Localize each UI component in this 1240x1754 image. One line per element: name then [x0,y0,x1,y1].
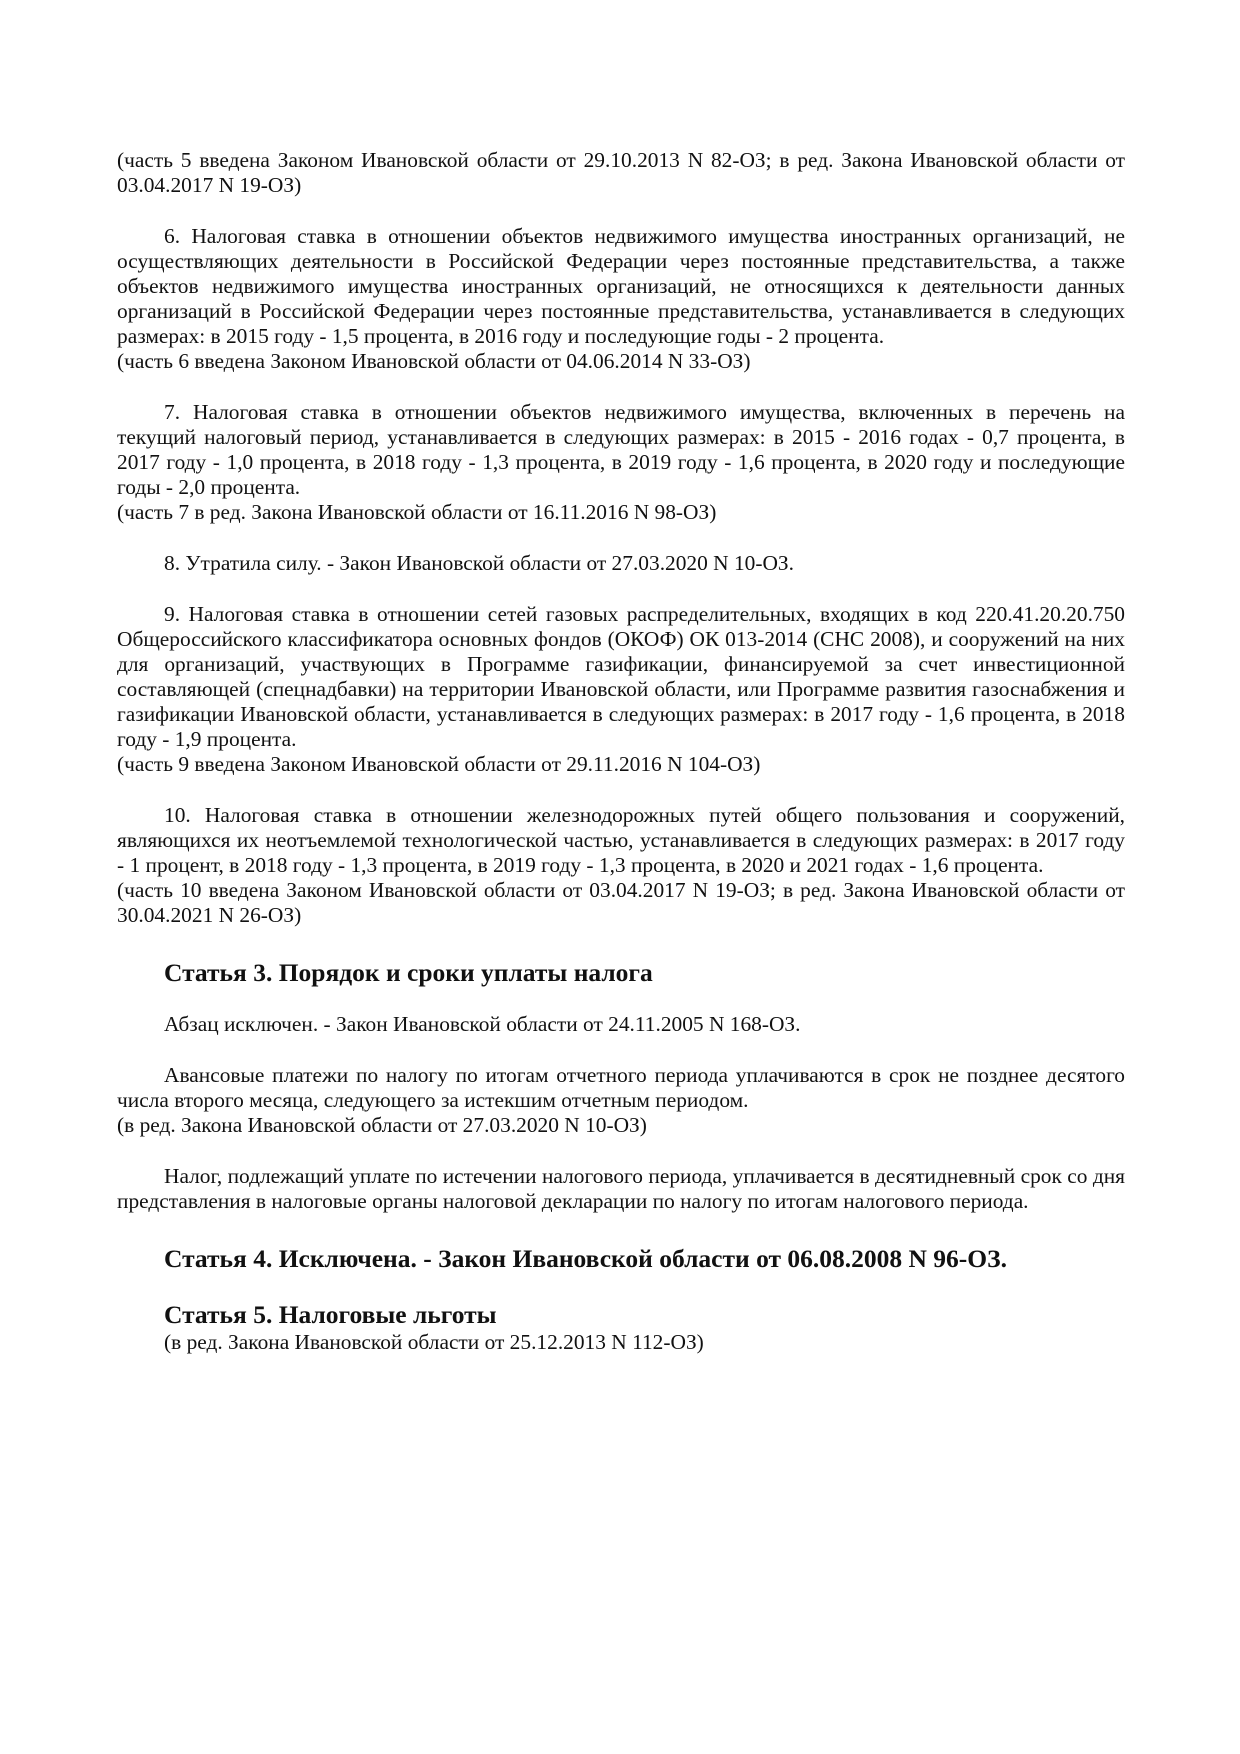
amendment-note: (часть 9 введена Законом Ивановской обла… [117,752,1125,777]
paragraph-advance-payments: Авансовые платежи по налогу по итогам от… [117,1063,1125,1113]
paragraph-part-10: 10. Налоговая ставка в отношении железно… [117,803,1125,878]
document-page: (часть 5 введена Законом Ивановской обла… [117,148,1125,1355]
paragraph-excluded: Абзац исключен. - Закон Ивановской облас… [117,1012,1125,1037]
paragraph-part-6: 6. Налоговая ставка в отношении объектов… [117,224,1125,349]
amendment-note: (в ред. Закона Ивановской области от 25.… [117,1330,1125,1355]
paragraph-part-9: 9. Налоговая ставка в отношении сетей га… [117,602,1125,752]
amendment-note: (часть 7 в ред. Закона Ивановской област… [117,500,1125,525]
amendment-note: (часть 6 введена Законом Ивановской обла… [117,349,1125,374]
article-4-heading: Статья 4. Исключена. - Закон Ивановской … [117,1244,1125,1274]
paragraph-tax-payment: Налог, подлежащий уплате по истечении на… [117,1164,1125,1214]
paragraph-part-8: 8. Утратила силу. - Закон Ивановской обл… [117,551,1125,576]
article-5-heading: Статья 5. Налоговые льготы [117,1300,1125,1330]
amendment-note: (часть 10 введена Законом Ивановской обл… [117,878,1125,928]
amendment-note: (часть 5 введена Законом Ивановской обла… [117,148,1125,198]
article-3-heading: Статья 3. Порядок и сроки уплаты налога [117,958,1125,988]
paragraph-part-7: 7. Налоговая ставка в отношении объектов… [117,400,1125,500]
amendment-note: (в ред. Закона Ивановской области от 27.… [117,1113,1125,1138]
